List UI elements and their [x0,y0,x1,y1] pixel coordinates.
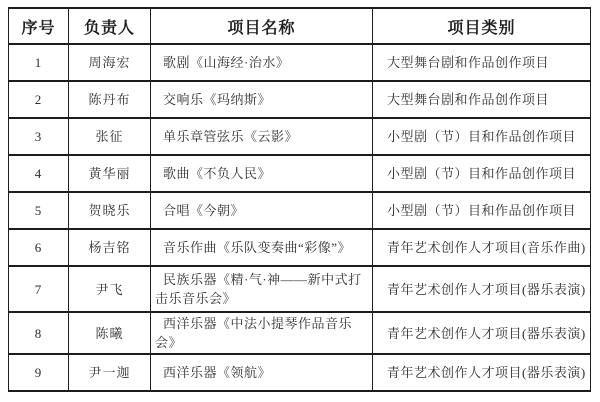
cell-project: 交响乐《玛纳斯》 [151,81,373,118]
cell-leader: 张征 [69,118,151,155]
cell-leader: 贺晓乐 [69,192,151,229]
cell-category: 小型剧（节）目和作品创作项目 [373,118,591,155]
header-cell-category: 项目类别 [373,8,591,44]
table-row: 3 张征 单乐章管弦乐《云影》 小型剧（节）目和作品创作项目 [9,118,591,155]
cell-category: 大型舞台剧和作品创作项目 [373,81,591,118]
cell-no: 3 [9,118,69,155]
document-page: 序号 负责人 项目名称 项目类别 1 周海宏 歌剧《山海经·治水》 大型舞台剧和… [0,0,600,402]
cell-leader: 尹飞 [69,266,151,312]
cell-no: 5 [9,192,69,229]
header-cell-project: 项目名称 [151,8,373,44]
cell-project: 歌曲《不负人民》 [151,155,373,192]
table-row: 2 陈丹布 交响乐《玛纳斯》 大型舞台剧和作品创作项目 [9,81,591,118]
cell-project: 西洋乐器《领航》 [151,354,373,391]
cell-category: 青年艺术创作人才项目(音乐作曲) [373,229,591,266]
cell-no: 9 [9,354,69,391]
cell-project: 音乐作曲《乐队变奏曲“彩像”》 [151,229,373,266]
table-row: 5 贺晓乐 合唱《今朝》 小型剧（节）目和作品创作项目 [9,192,591,229]
table-row: 1 周海宏 歌剧《山海经·治水》 大型舞台剧和作品创作项目 [9,44,591,81]
table-row: 8 陈曦 西洋乐器《中法小提琴作品音乐会》 青年艺术创作人才项目(器乐表演) [9,312,591,354]
cell-category: 大型舞台剧和作品创作项目 [373,44,591,81]
header-row: 序号 负责人 项目名称 项目类别 [9,8,591,44]
cell-category: 小型剧（节）目和作品创作项目 [373,192,591,229]
cell-category: 青年艺术创作人才项目(器乐表演) [373,266,591,312]
table-row: 6 杨吉铭 音乐作曲《乐队变奏曲“彩像”》 青年艺术创作人才项目(音乐作曲) [9,229,591,266]
cell-project: 合唱《今朝》 [151,192,373,229]
cell-project: 民族乐器《精·气·神——新中式打击乐音乐会》 [151,266,373,312]
cell-leader: 周海宏 [69,44,151,81]
header-cell-leader: 负责人 [69,8,151,44]
cell-no: 4 [9,155,69,192]
table-row: 7 尹飞 民族乐器《精·气·神——新中式打击乐音乐会》 青年艺术创作人才项目(器… [9,266,591,312]
cell-leader: 杨吉铭 [69,229,151,266]
table-row: 4 黄华丽 歌曲《不负人民》 小型剧（节）目和作品创作项目 [9,155,591,192]
cell-category: 青年艺术创作人才项目(器乐表演) [373,354,591,391]
cell-project: 西洋乐器《中法小提琴作品音乐会》 [151,312,373,354]
cell-no: 1 [9,44,69,81]
table-row: 9 尹一迦 西洋乐器《领航》 青年艺术创作人才项目(器乐表演) [9,354,591,391]
cell-project: 单乐章管弦乐《云影》 [151,118,373,155]
cell-leader: 黄华丽 [69,155,151,192]
cell-leader: 陈曦 [69,312,151,354]
cell-no: 7 [9,266,69,312]
cell-category: 青年艺术创作人才项目(器乐表演) [373,312,591,354]
header-cell-no: 序号 [9,8,69,44]
cell-category: 小型剧（节）目和作品创作项目 [373,155,591,192]
cell-no: 6 [9,229,69,266]
project-list-table: 序号 负责人 项目名称 项目类别 1 周海宏 歌剧《山海经·治水》 大型舞台剧和… [8,7,591,392]
cell-leader: 陈丹布 [69,81,151,118]
cell-leader: 尹一迦 [69,354,151,391]
cell-no: 8 [9,312,69,354]
cell-project: 歌剧《山海经·治水》 [151,44,373,81]
cell-no: 2 [9,81,69,118]
